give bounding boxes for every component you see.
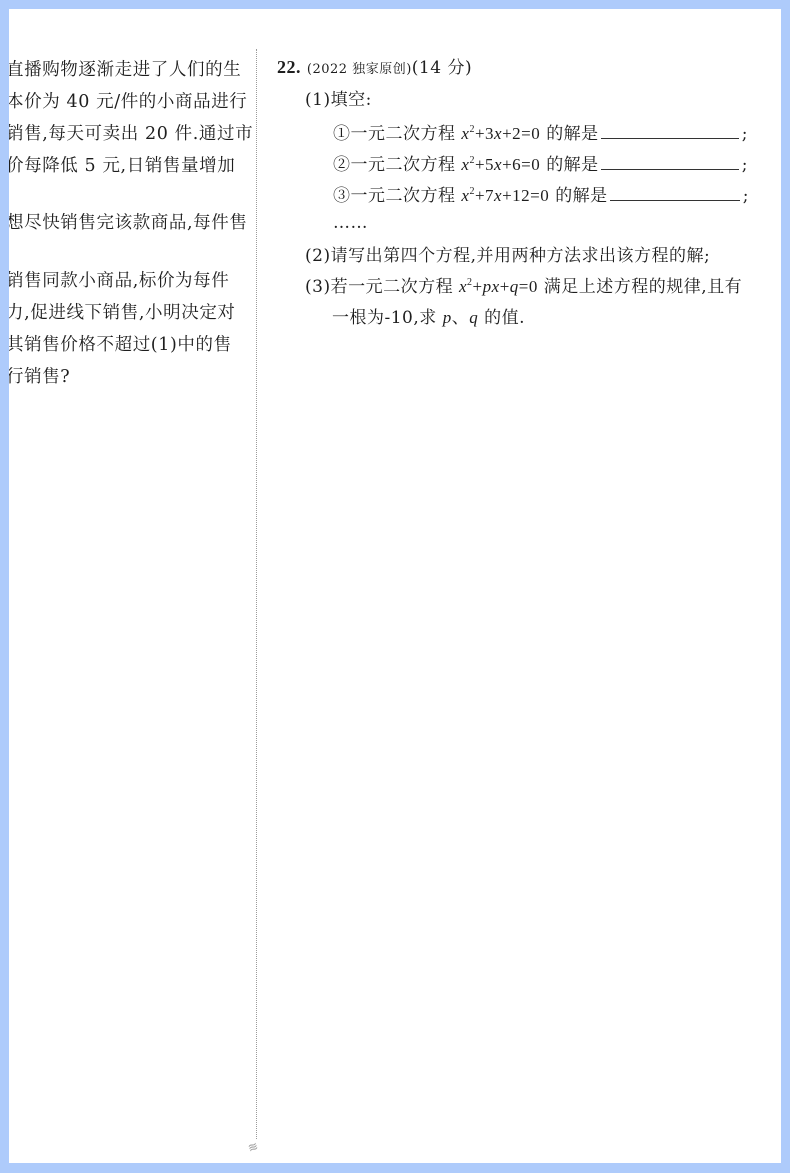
item-prefix: ①一元二次方程 (333, 124, 456, 144)
exam-page: 直播购物逐渐走进了人们的生 本价为 40 元/件的小商品进行 销售,每天可卖出 … (9, 9, 781, 1163)
part1-item-3: ③一元二次方程 x2+7x+12=0 的解是; (333, 184, 749, 207)
item-suffix: 的解是 (546, 124, 599, 144)
answer-blank[interactable] (610, 184, 740, 201)
item-suffix: 的解是 (546, 155, 599, 175)
part1-item-1: ①一元二次方程 x2+3x+2=0 的解是; (333, 122, 748, 145)
equation: x2+7x+12=0 (461, 186, 549, 205)
question-22: 22. (2022 独家原创)(14 分) (1)填空: ①一元二次方程 x2+… (275, 9, 775, 1163)
part1-item-2: ②一元二次方程 x2+5x+6=0 的解是; (333, 153, 748, 176)
part1-label: (1)填空: (305, 89, 372, 111)
answer-blank[interactable] (601, 122, 739, 139)
text-line: 销售,每天可卖出 20 件.通过市 (9, 123, 253, 145)
question-points: (14 分) (412, 58, 472, 78)
text-line: 力,促进线下销售,小明决定对 (9, 302, 236, 324)
text-line: 销售同款小商品,标价为每件 (9, 270, 229, 292)
equation: x2+5x+6=0 (461, 155, 540, 174)
item-suffix: 的解是 (555, 186, 608, 206)
text-line: 价每降低 5 元,日销售量增加 (9, 155, 235, 177)
text-line: 想尽快销售完该款商品,每件售 (9, 212, 247, 234)
question-number: 22. (277, 57, 301, 77)
item-prefix: ②一元二次方程 (333, 155, 456, 175)
text-line: 本价为 40 元/件的小商品进行 (9, 91, 247, 113)
item-prefix: ③一元二次方程 (333, 186, 456, 206)
text-line: 行销售? (9, 366, 70, 388)
text-line: 其销售价格不超过(1)中的售 (9, 334, 232, 356)
text-line: 直播购物逐渐走进了人们的生 (9, 59, 241, 81)
ellipsis: …… (333, 212, 368, 234)
answer-blank[interactable] (601, 153, 739, 170)
left-column-previous-question: 直播购物逐渐走进了人们的生 本价为 40 元/件的小商品进行 销售,每天可卖出 … (9, 9, 249, 1163)
question-source: (2022 独家原创) (307, 62, 412, 77)
part3-line2: 一根为-10,求 p、q 的值. (332, 307, 525, 329)
part3-line1: (3)若一元二次方程 x2+px+q=0 满足上述方程的规律,且有 (305, 276, 742, 298)
part2: (2)请写出第四个方程,并用两种方法求出该方程的解; (305, 245, 710, 267)
equation: x2+px+q=0 (459, 277, 538, 296)
question-header: 22. (2022 独家原创)(14 分) (277, 56, 472, 81)
column-divider (256, 49, 257, 1139)
equation: x2+3x+2=0 (461, 124, 540, 143)
